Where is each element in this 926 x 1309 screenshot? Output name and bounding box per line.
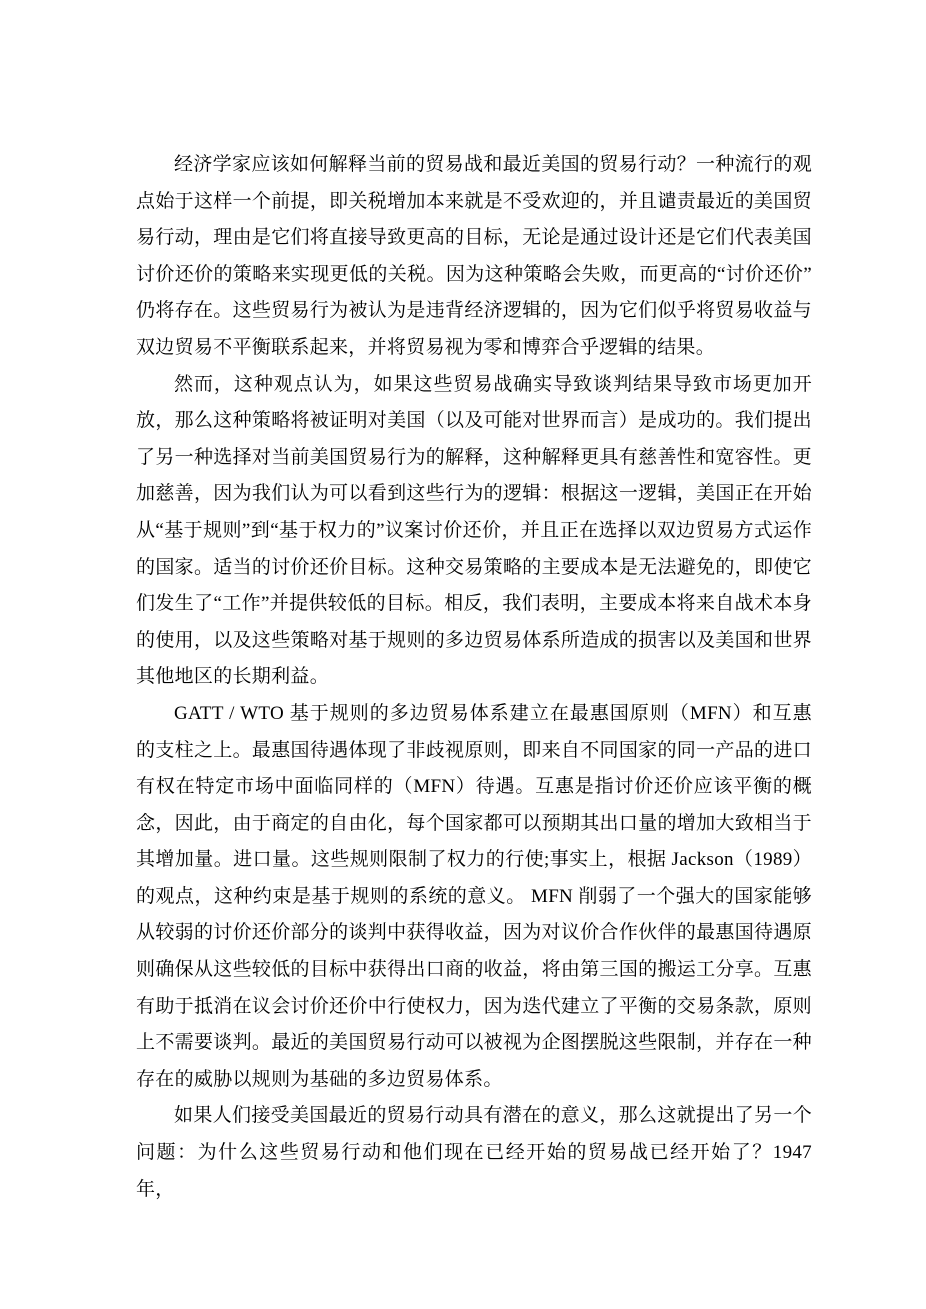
document-text-block: 经济学家应该如何解释当前的贸易战和最近美国的贸易行动？一种流行的观点始于这样一个… [136, 147, 812, 1208]
document-page: 经济学家应该如何解释当前的贸易战和最近美国的贸易行动？一种流行的观点始于这样一个… [0, 0, 926, 1309]
paragraph: 经济学家应该如何解释当前的贸易战和最近美国的贸易行动？一种流行的观点始于这样一个… [136, 147, 812, 367]
paragraph: 然而，这种观点认为，如果这些贸易战确实导致谈判结果导致市场更加开放，那么这种策略… [136, 367, 812, 696]
paragraph: GATT / WTO 基于规则的多边贸易体系建立在最惠国原则（MFN）和互惠的支… [136, 696, 812, 1099]
paragraph: 如果人们接受美国最近的贸易行动具有潜在的意义，那么这就提出了另一个问题：为什么这… [136, 1098, 812, 1208]
